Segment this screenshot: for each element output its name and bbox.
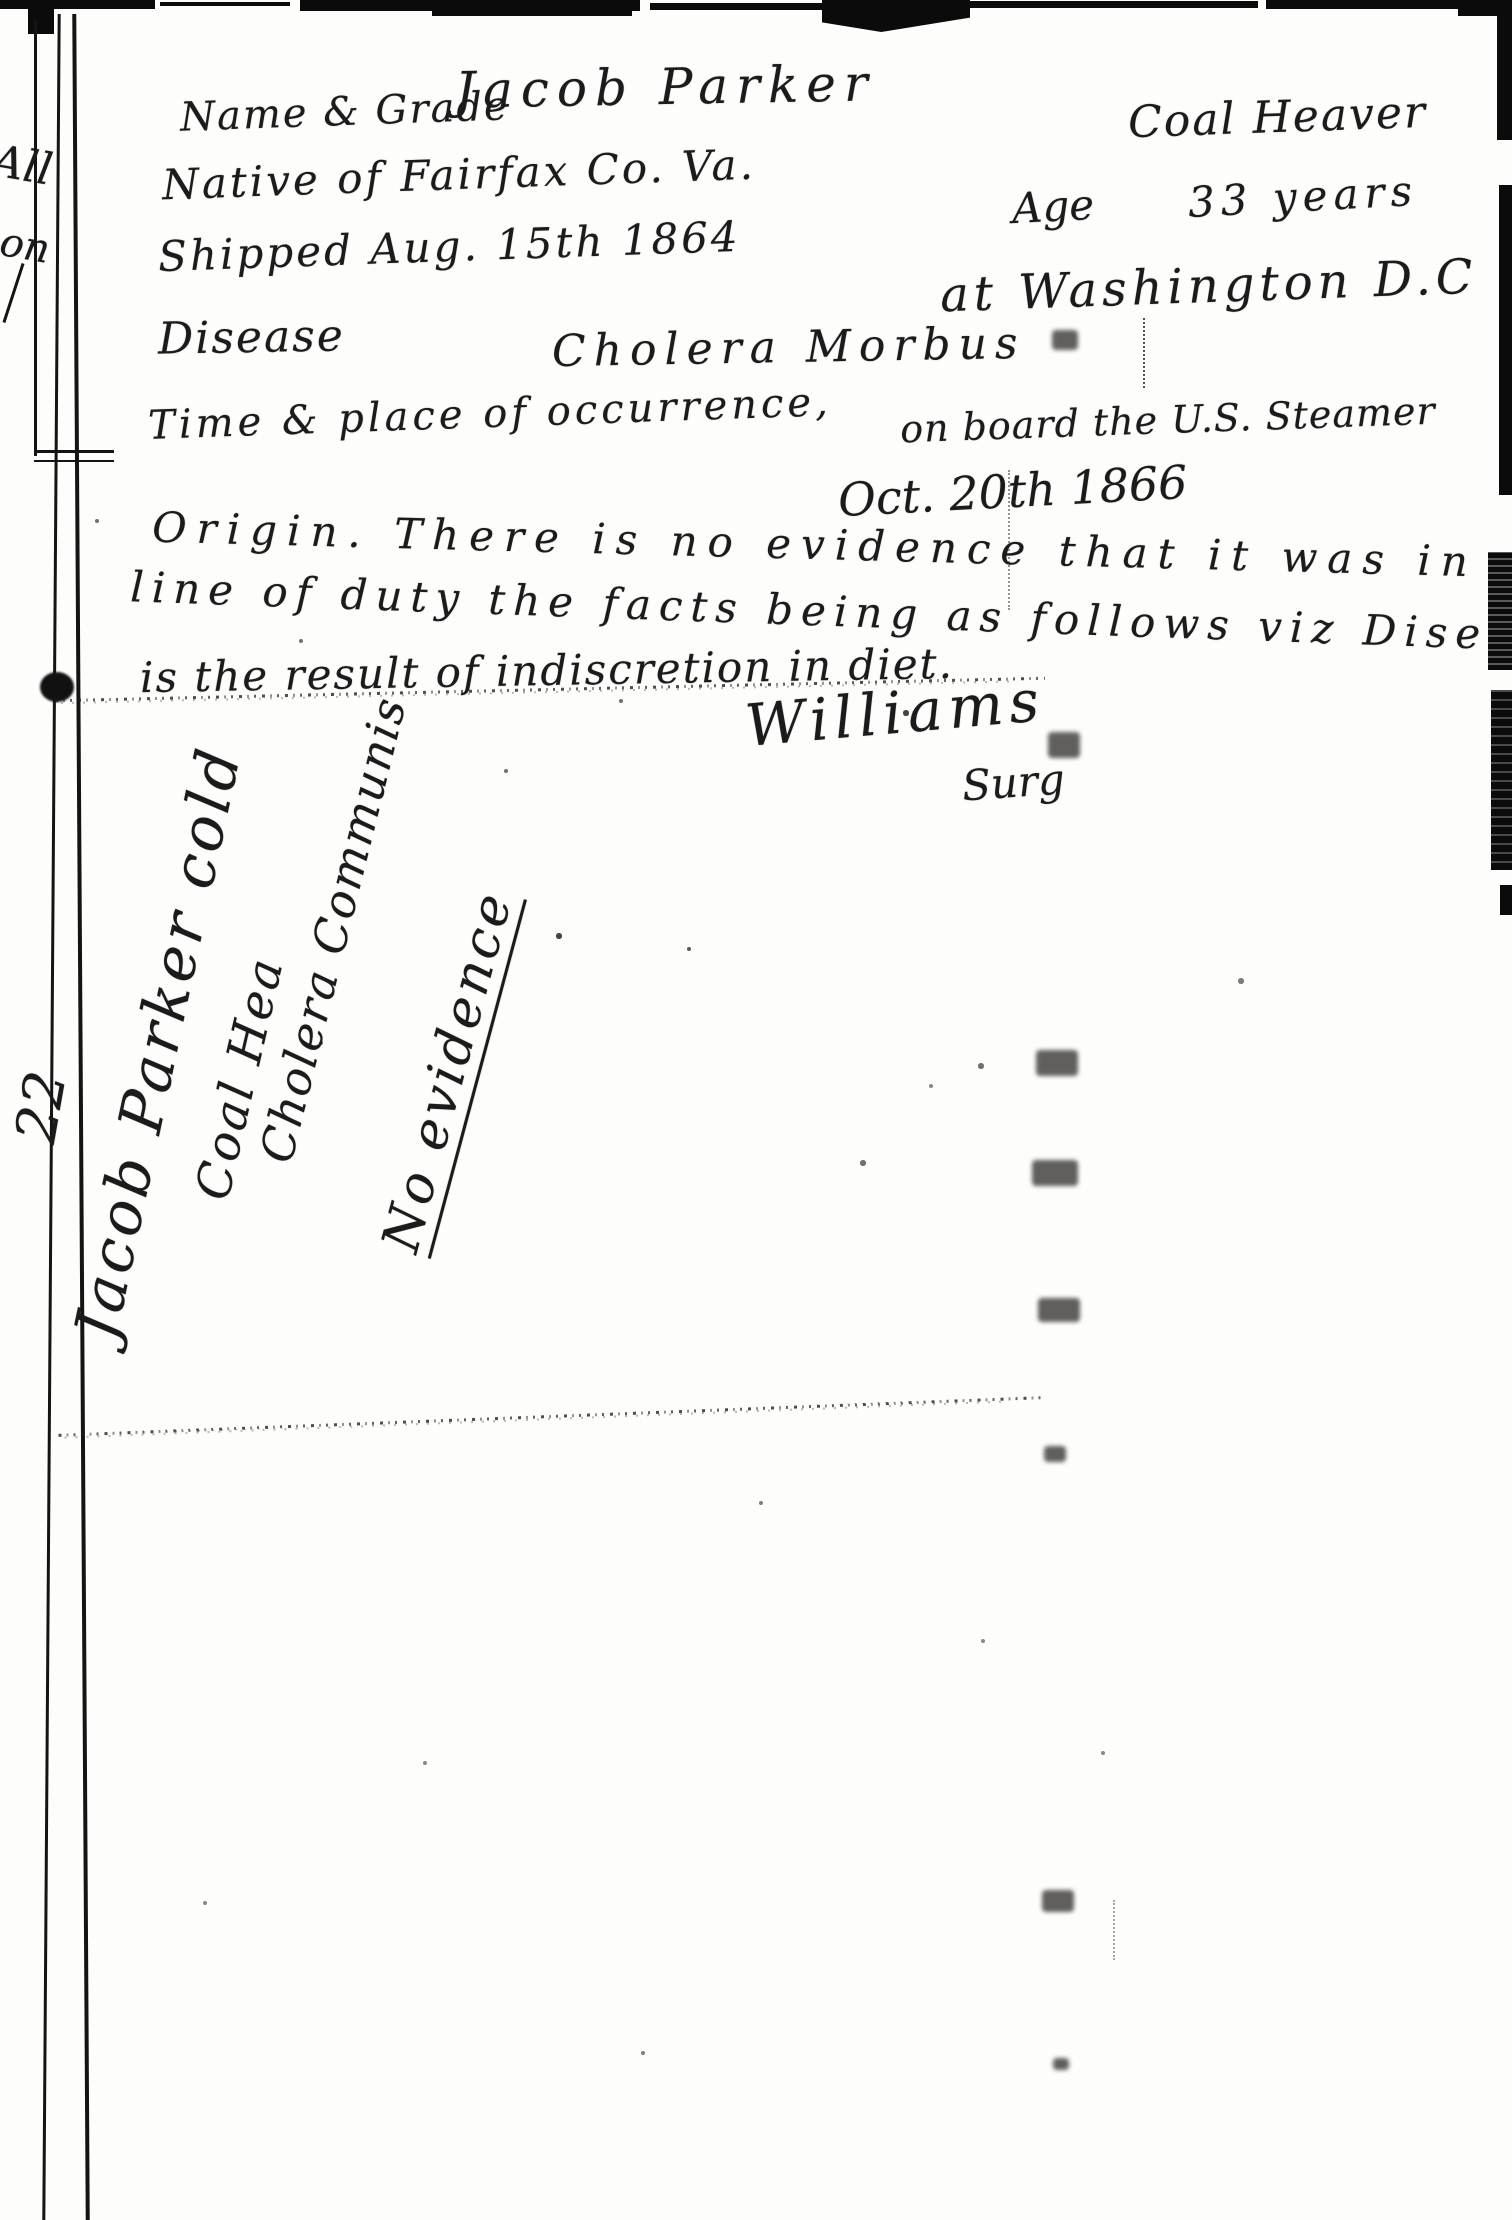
disease-value: Cholera Morbus xyxy=(552,320,1026,377)
fold-line-lower xyxy=(58,1396,1042,1437)
bleed-through-mark xyxy=(1038,1298,1080,1322)
margin-fragment-stroke xyxy=(2,263,24,323)
name-value: Jacob Parker xyxy=(455,56,877,118)
scan-artifact-top-strip xyxy=(160,2,290,6)
scan-artifact-top-strip xyxy=(432,9,632,16)
scan-artifact-streak xyxy=(1143,318,1145,388)
margin-fragment: All xyxy=(0,137,56,195)
scan-artifact-top-strip xyxy=(650,3,825,10)
scanned-document-page: All on Name & Grade Jacob Parker Coal He… xyxy=(0,0,1512,2220)
shipped-place: at Washington D.C xyxy=(939,251,1478,323)
scan-artifact-streak xyxy=(1113,1900,1115,1960)
scan-artifact-frame-line xyxy=(34,450,114,453)
bleed-through-mark xyxy=(1042,1890,1074,1912)
scan-artifact-right-strip xyxy=(1491,690,1512,870)
bleed-through-mark xyxy=(1036,1050,1078,1076)
occurrence-date: Oct. 20th 1866 xyxy=(837,457,1189,526)
scan-artifact-top-strip xyxy=(28,0,54,34)
margin-fragment: on xyxy=(0,220,53,272)
shipped-line: Shipped Aug. 15th 1864 xyxy=(157,214,741,280)
scan-artifact-top-strip xyxy=(0,0,155,9)
occurrence-label: Time & place of occurrence, xyxy=(147,380,832,448)
grade-value: Coal Heaver xyxy=(1127,89,1428,148)
scan-artifact-top-strip xyxy=(1266,0,1466,9)
scan-artifact-left-rule xyxy=(72,14,89,2220)
docket-disease-note: Cholera Communis xyxy=(251,691,416,1167)
docket-evidence-note: No evidence xyxy=(373,884,524,1258)
scan-artifact-right-strip xyxy=(1497,0,1512,140)
scan-artifact-right-strip xyxy=(1500,885,1512,915)
scan-artifact-top-strip xyxy=(822,0,970,32)
disease-label: Disease xyxy=(158,312,346,364)
scan-artifact-ink-blob xyxy=(40,672,74,702)
bleed-through-mark xyxy=(1053,2058,1069,2070)
scan-artifact-top-strip xyxy=(968,1,1258,8)
bleed-through-mark xyxy=(1044,1446,1066,1462)
scan-artifact-frame-line xyxy=(34,460,114,462)
bleed-through-mark xyxy=(1052,330,1078,350)
docket-case-number: 22 xyxy=(5,1067,78,1148)
age-label: Age xyxy=(1011,182,1095,232)
surgeon-title: Surg xyxy=(961,756,1067,809)
paper-specks xyxy=(0,0,2,2)
bleed-through-mark xyxy=(1048,732,1080,758)
native-line: Native of Fairfax Co. Va. xyxy=(161,142,756,209)
bleed-through-mark xyxy=(1032,1160,1078,1186)
scan-artifact-right-strip xyxy=(1488,552,1512,670)
occurrence-value: on board the U.S. Steamer xyxy=(899,391,1436,451)
age-value: 33 years xyxy=(1187,168,1419,226)
scan-artifact-right-strip xyxy=(1499,185,1512,495)
